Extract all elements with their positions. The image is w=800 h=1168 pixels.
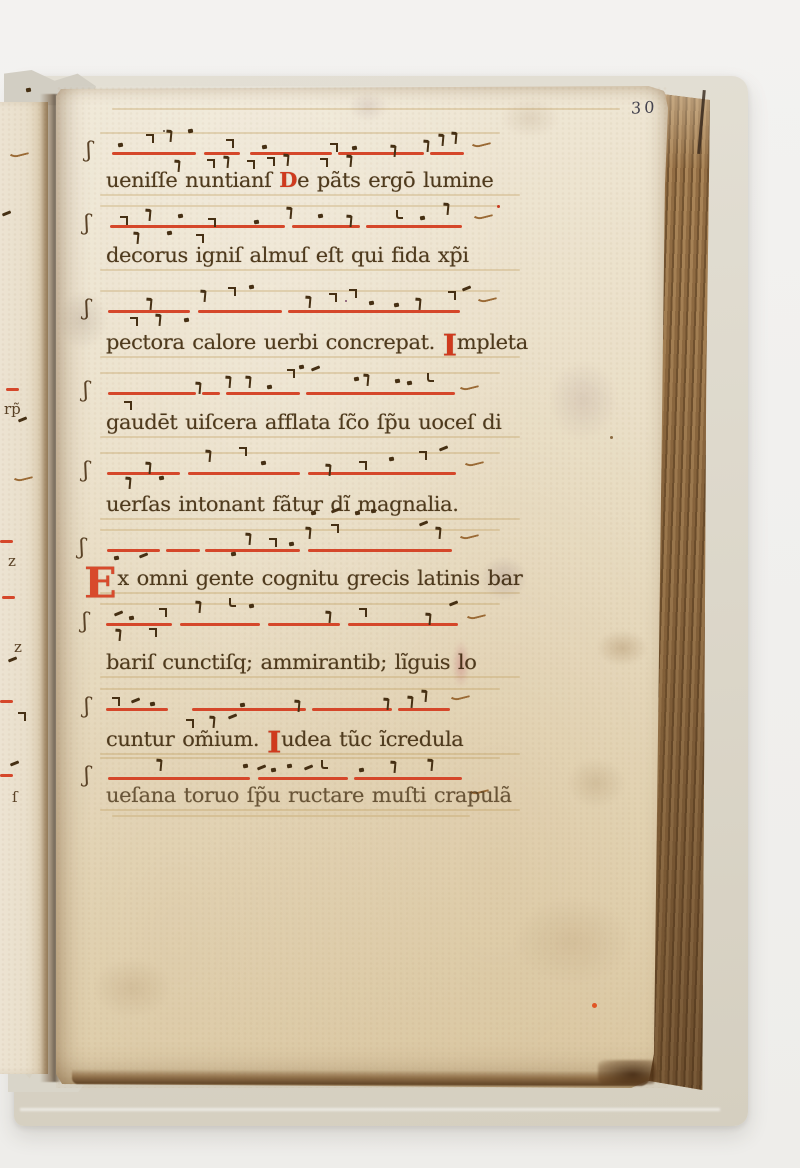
parchment-stain (512, 896, 632, 986)
parchment-stain (548, 360, 618, 440)
parchment-stain (452, 640, 470, 688)
parchment-stain (58, 290, 108, 350)
ink-speck (163, 130, 165, 132)
parchment-stain (596, 630, 648, 666)
stain-layer (0, 0, 800, 1168)
parchment-stain (480, 556, 528, 600)
ink-speck (497, 205, 500, 208)
parchment-stain (92, 958, 172, 1018)
ink-speck (610, 436, 613, 439)
ink-speck (592, 1003, 597, 1008)
parchment-stain (348, 92, 388, 122)
ink-speck (345, 300, 347, 302)
parchment-stain (566, 758, 626, 808)
manuscript-photo: 30 ʃueniſſe nuntianſ De pãts ergō lumine… (0, 0, 800, 1168)
parchment-stain (500, 98, 560, 138)
